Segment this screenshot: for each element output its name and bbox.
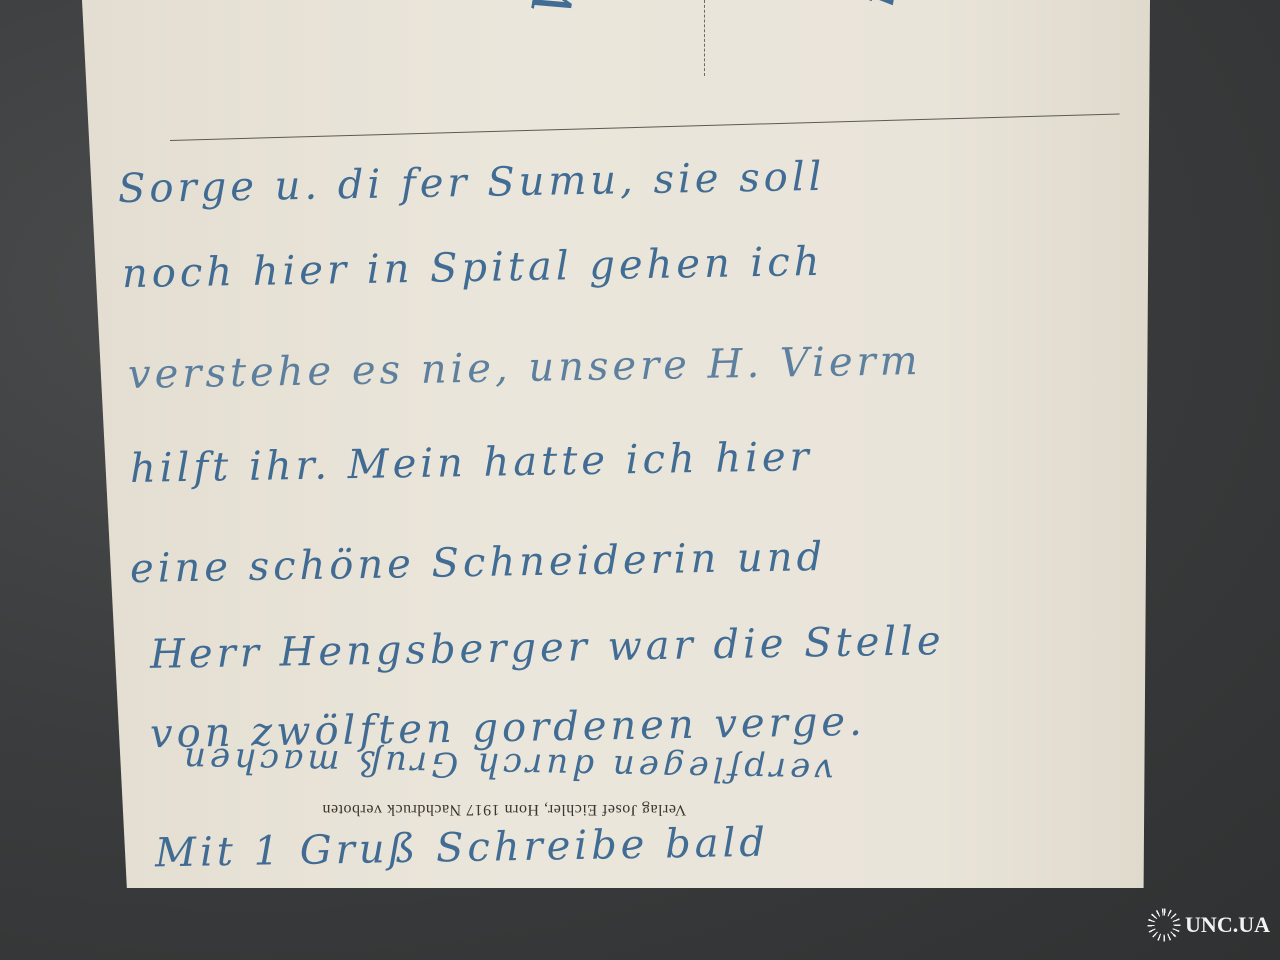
watermark: UNC.UA	[1147, 908, 1270, 942]
watermark-text: UNC.UA	[1185, 912, 1270, 938]
address-divider-line	[704, 0, 705, 76]
sunburst-logo-icon	[1147, 908, 1181, 942]
publisher-imprint: Verlag Josef Eichler, Horn 1917 Nachdruc…	[322, 800, 686, 818]
